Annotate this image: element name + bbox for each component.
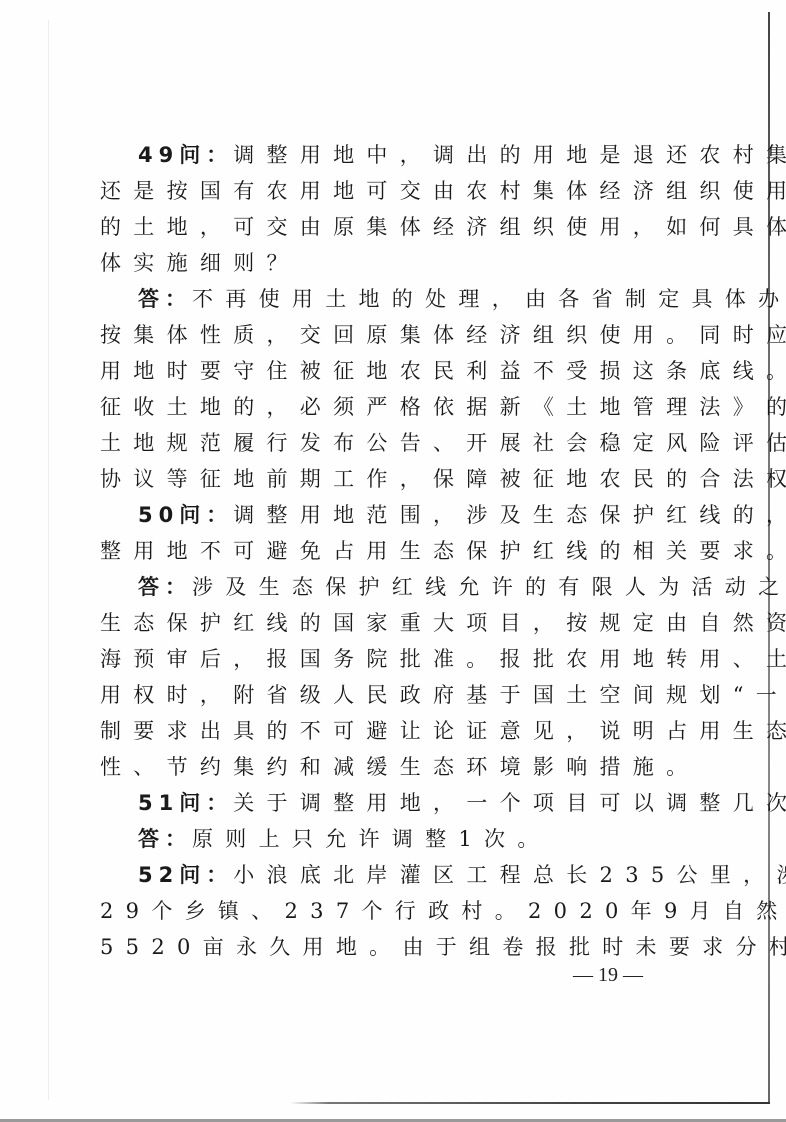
document-page: 49问：调整用地中，调出的用地是退还农村集体经济组织， 还是按国有农用地可交由农… bbox=[0, 0, 786, 1122]
line-text: 涉及生态保护红线允许的有限人为活动之外，确需占用 bbox=[192, 575, 786, 599]
question-52: 52问：小浪底北岸灌区工程总长235公里，涉及5个市县、 29个乡镇、237个行… bbox=[100, 857, 680, 965]
paragraph-line: 答：原则上只允许调整1次。 bbox=[100, 821, 680, 857]
answer-50: 答：涉及生态保护红线允许的有限人为活动之外，确需占用 生态保护红线的国家重大项目… bbox=[100, 569, 680, 785]
paragraph-line: 还是按国有农用地可交由农村集体经济组织使用？对于不再使用 bbox=[100, 173, 680, 209]
paragraph-line: 体实施细则？ bbox=[100, 245, 680, 281]
paragraph-line: 海预审后，报国务院批准。报批农用地转用、土地征收、海域使 bbox=[100, 641, 680, 677]
answer-label: 答： bbox=[138, 575, 192, 599]
question-label: 50问： bbox=[138, 503, 233, 527]
paragraph-line: 生态保护红线的国家重大项目，按规定由自然资源部进行用地用 bbox=[100, 605, 680, 641]
paragraph-line: 的土地，可交由原集体经济组织使用，如何具体操作，请明确具 bbox=[100, 209, 680, 245]
line-text: 小浪底北岸灌区工程总长235公里，涉及5个市县、 bbox=[233, 863, 786, 887]
paragraph-line: 51问：关于调整用地，一个项目可以调整几次？ bbox=[100, 785, 680, 821]
paragraph-line: 52问：小浪底北岸灌区工程总长235公里，涉及5个市县、 bbox=[100, 857, 680, 893]
line-text: 调整用地中，调出的用地是退还农村集体经济组织， bbox=[233, 143, 786, 167]
paragraph-line: 用地时要守住被征地农民利益不受损这条底线。调整用地涉及新 bbox=[100, 353, 680, 389]
paragraph-line: 整用地不可避免占用生态保护红线的相关要求。 bbox=[100, 533, 680, 569]
paragraph-line: 用权时，附省级人民政府基于国土空间规划“一张图”和用途管 bbox=[100, 677, 680, 713]
paragraph-line: 29个乡镇、237个行政村。2020年9月自然资源部批复工程 bbox=[100, 893, 680, 929]
paragraph-line: 性、节约集约和减缓生态环境影响措施。 bbox=[100, 749, 680, 785]
paragraph-line: 50问：调整用地范围，涉及生态保护红线的，能否明确调 bbox=[100, 497, 680, 533]
question-50: 50问：调整用地范围，涉及生态保护红线的，能否明确调 整用地不可避免占用生态保护… bbox=[100, 497, 680, 569]
page-number: — 19 — bbox=[566, 962, 650, 988]
document-body: 49问：调整用地中，调出的用地是退还农村集体经济组织， 还是按国有农用地可交由农… bbox=[100, 137, 680, 965]
scan-edge-bottom bbox=[290, 1102, 770, 1104]
paragraph-line: 答：不再使用土地的处理，由各省制定具体办法，建议优先 bbox=[100, 281, 680, 317]
paragraph-line: 征收土地的，必须严格依据新《土地管理法》的要求，对新征收 bbox=[100, 389, 680, 425]
answer-label: 答： bbox=[138, 287, 192, 311]
line-text: 关于调整用地，一个项目可以调整几次？ bbox=[233, 791, 786, 815]
line-text: 调整用地范围，涉及生态保护红线的，能否明确调 bbox=[233, 503, 786, 527]
question-label: 52问： bbox=[138, 863, 233, 887]
question-label: 49问： bbox=[138, 143, 233, 167]
paragraph-line: 协议等征地前期工作，保障被征地农民的合法权益。 bbox=[100, 461, 680, 497]
answer-label: 答： bbox=[138, 827, 192, 851]
question-label: 51问： bbox=[138, 791, 233, 815]
question-51: 51问：关于调整用地，一个项目可以调整几次？ bbox=[100, 785, 680, 821]
paragraph-line: 答：涉及生态保护红线允许的有限人为活动之外，确需占用 bbox=[100, 569, 680, 605]
paragraph-line: 制要求出具的不可避让论证意见，说明占用生态保护红线的必要 bbox=[100, 713, 680, 749]
paragraph-line: 按集体性质，交回原集体经济组织使用。同时应注意在处理调整 bbox=[100, 317, 680, 353]
paragraph-line: 土地规范履行发布公告、开展社会稳定风险评估、签订补偿安置 bbox=[100, 425, 680, 461]
scan-edge-left bbox=[48, 20, 49, 1100]
answer-51: 答：原则上只允许调整1次。 bbox=[100, 821, 680, 857]
line-text: 不再使用土地的处理，由各省制定具体办法，建议优先 bbox=[192, 287, 786, 311]
paragraph-line: 49问：调整用地中，调出的用地是退还农村集体经济组织， bbox=[100, 137, 680, 173]
answer-49: 答：不再使用土地的处理，由各省制定具体办法，建议优先 按集体性质，交回原集体经济… bbox=[100, 281, 680, 497]
paragraph-line: 5520亩永久用地。由于组卷报批时未要求分村签订征地协议， bbox=[100, 929, 680, 965]
line-text: 原则上只允许调整1次。 bbox=[192, 827, 551, 851]
question-49: 49问：调整用地中，调出的用地是退还农村集体经济组织， 还是按国有农用地可交由农… bbox=[100, 137, 680, 281]
